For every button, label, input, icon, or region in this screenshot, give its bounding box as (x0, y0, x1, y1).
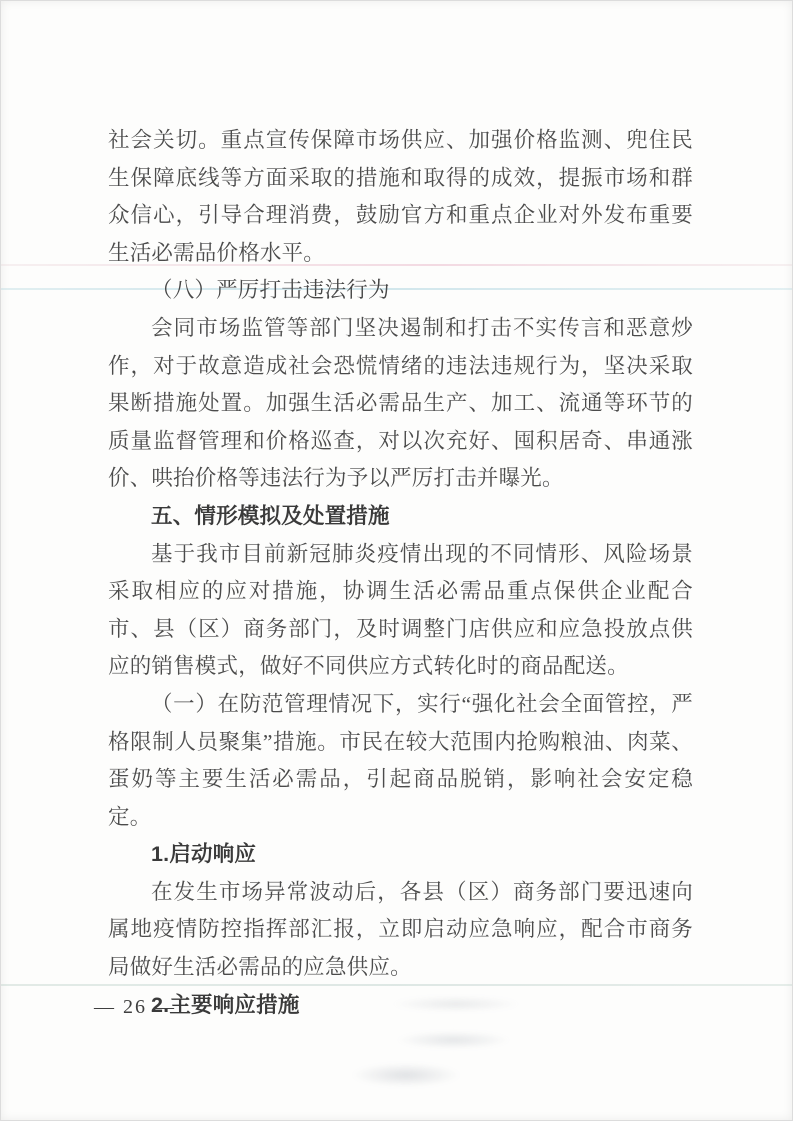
section-heading-5: 五、情形模拟及处置措施 (108, 498, 693, 536)
paragraph: （一）在防范管理情况下，实行“强化社会全面管控，严格限制人员聚集”措施。市民在较… (108, 686, 693, 836)
paragraph-continuation: 社会关切。重点宣传保障市场供应、加强价格监测、兜住民生保障底线等方面采取的措施和… (108, 122, 693, 272)
scan-smudge (396, 1031, 511, 1049)
subheading-item-8: （八）严厉打击违法行为 (108, 272, 693, 310)
paragraph: 在发生市场异常波动后，各县（区）商务部门要迅速向属地疫情防控指挥部汇报，立即启动… (108, 874, 693, 987)
scanned-document-page: { "colors": { "paper": "#fdfdfc", "body_… (0, 0, 793, 1121)
paragraph: 会同市场监管等部门坚决遏制和打击不实传言和恶意炒作，对于故意造成社会恐慌情绪的违… (108, 310, 693, 498)
numbered-heading-1: 1.启动响应 (108, 836, 693, 874)
scan-smudge (351, 1063, 461, 1087)
document-body: 社会关切。重点宣传保障市场供应、加强价格监测、兜住民生保障底线等方面采取的措施和… (108, 122, 693, 1024)
numbered-heading-2: 2.主要响应措施 (108, 987, 693, 1025)
page-number: — 26 — (94, 996, 176, 1019)
paragraph: 基于我市目前新冠肺炎疫情出现的不同情形、风险场景采取相应的应对措施，协调生活必需… (108, 536, 693, 686)
